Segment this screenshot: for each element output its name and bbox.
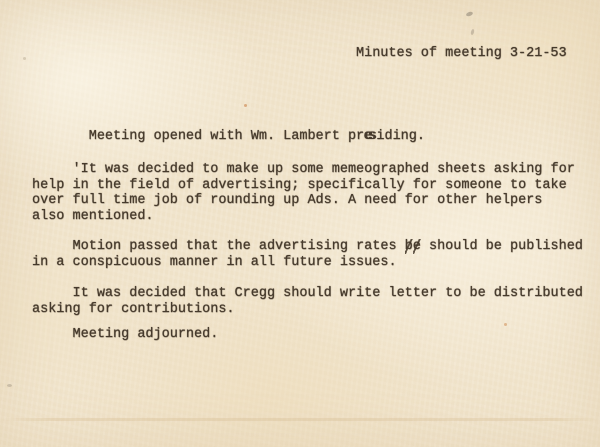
paper-speck [7,384,12,387]
paper-speck [244,104,247,107]
paragraph-text: Motion passed that the advertising rates [32,239,405,254]
paper-fold-crease [0,418,600,421]
paragraph-meeting-adjourned: Meeting adjourned. [32,327,594,343]
scanned-minutes-page: Minutes of meeting 3-21-53 Meeting opene… [0,0,600,447]
paragraph-mimeographed-sheets: 'It was decided to make up some memeogra… [32,162,594,224]
crossed-out-text: be [405,239,421,255]
pencil-smudge [470,29,474,36]
paragraph-meeting-opened: Meeting opened with Wm. Lambert presidin… [32,129,594,145]
paper-speck [23,57,26,60]
paragraph-advertising-rates: Motion passed that the advertising rates… [32,239,594,270]
paragraph-cregg-letter: It was decided that Cregg should write l… [32,286,594,317]
paper-speck [504,323,507,326]
pencil-smudge [466,11,474,17]
paragraph-text: iding. [376,129,425,144]
page-title: Minutes of meeting 3-21-53 [356,46,567,62]
paragraph-text: Meeting opened with Wm. Lambert pr [32,129,364,144]
overtyped-text: es [364,129,372,144]
